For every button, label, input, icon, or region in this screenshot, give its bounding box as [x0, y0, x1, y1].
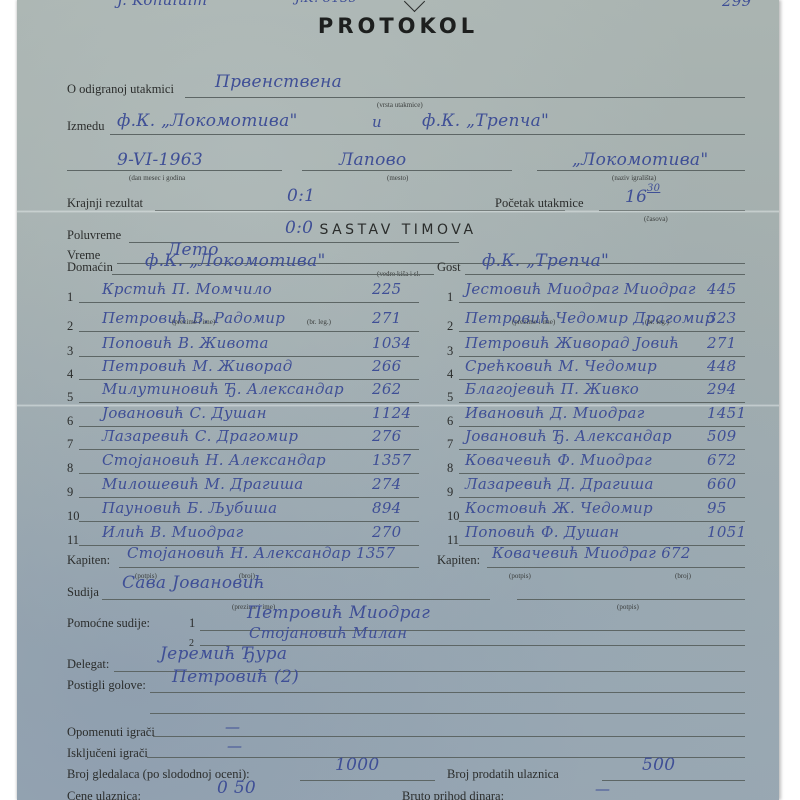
player-line	[459, 302, 745, 303]
player-registration-number: 271	[707, 334, 737, 352]
away-captain-signature-hint: (potpis)	[509, 572, 531, 580]
player-registration-number: 266	[372, 357, 402, 375]
player-registration-number: 1034	[372, 334, 411, 352]
player-line	[459, 497, 745, 498]
tickets-label: Broj prodatih ulaznica	[447, 767, 559, 782]
player-name: Поповић В. Живота	[102, 334, 269, 352]
player-line	[459, 473, 745, 474]
match-report-sheet: J. Konuiuim J.K. 8135 299 PROTOKOL O odi…	[17, 0, 779, 800]
player-line	[459, 331, 745, 332]
player-number: 5	[447, 390, 453, 405]
player-name: Петровић М. Живорад	[102, 357, 293, 375]
player-number: 3	[447, 344, 453, 359]
player-name: Благојевић П. Живко	[465, 380, 639, 398]
top-note-right: 299	[722, 0, 752, 10]
stamp-icon	[404, 0, 425, 12]
player-line	[79, 497, 419, 498]
home-reg-hint: (br. leg.)	[307, 318, 331, 326]
home-name-hint: (prezime i ime)	[172, 318, 215, 326]
player-registration-number: 274	[372, 475, 402, 493]
place-line	[302, 170, 512, 171]
player-number: 4	[67, 367, 73, 382]
player-name: Милутиновић Ђ. Александар	[102, 380, 344, 398]
player-line	[459, 402, 745, 403]
player-number: 7	[447, 437, 453, 452]
match-type-hint: (vrsta utakmice)	[377, 101, 423, 109]
goals-line	[150, 692, 745, 693]
place-value: Лапово	[339, 150, 406, 170]
ground-value: „Локомотива"	[572, 150, 708, 170]
kickoff-minutes: 30	[647, 183, 660, 194]
player-line	[79, 473, 419, 474]
player-name: Петровић Чедомир Драгомир	[465, 309, 715, 327]
final-score-value: 0:1	[287, 186, 315, 206]
home-team-name: ф.К. „Локомотива"	[145, 251, 326, 271]
goals-value: Петровић (2)	[172, 667, 299, 687]
player-line	[79, 402, 419, 403]
sent-off-value: —	[227, 737, 242, 755]
warned-label: Opomenuti igrači	[67, 725, 155, 740]
player-name: Пауновић Б. Љубиша	[102, 499, 277, 517]
player-number: 10	[447, 509, 460, 524]
date-line	[67, 170, 282, 171]
player-number: 6	[447, 414, 453, 429]
player-registration-number: 894	[372, 499, 402, 517]
referee-signature-hint: (potpis)	[617, 603, 639, 611]
player-line	[79, 302, 419, 303]
player-line	[79, 331, 419, 332]
player-name: Јовановић Ђ. Александар	[465, 427, 672, 445]
prices-value: 0 50	[217, 778, 256, 798]
player-registration-number: 672	[707, 451, 737, 469]
home-captain-label: Kapiten:	[67, 553, 110, 568]
player-name: Јестовић Миодраг Миодраг	[465, 280, 696, 298]
player-registration-number: 294	[707, 380, 737, 398]
player-name: Стојановић Н. Александар	[102, 451, 326, 469]
match-type-label: O odigranoj utakmici	[67, 82, 174, 97]
and-value: и	[372, 113, 382, 131]
player-line	[79, 521, 419, 522]
warned-value: —	[225, 718, 240, 736]
player-number: 9	[67, 485, 73, 500]
player-registration-number: 276	[372, 427, 402, 445]
goals-line-2	[150, 713, 745, 714]
home-captain-value: Стојановић Н. Александар 1357	[127, 544, 395, 562]
date-hint: (dan mesec i godina	[129, 174, 185, 182]
away-label: Gost	[437, 260, 461, 275]
player-number: 7	[67, 437, 73, 452]
player-number: 8	[67, 461, 73, 476]
tickets-line	[602, 780, 745, 781]
prices-label: Cene ulaznica:	[67, 789, 141, 800]
player-number: 1	[67, 290, 73, 305]
referee-value: Сава Јовановић	[122, 573, 265, 593]
player-registration-number: 448	[707, 357, 737, 375]
kickoff-hour: 16	[625, 187, 647, 207]
home-label: Domaćin	[67, 260, 113, 275]
place-hint: (mesto)	[387, 174, 408, 182]
player-name: Поповић Ф. Душан	[465, 523, 619, 541]
player-number: 10	[67, 509, 80, 524]
home-team-line	[112, 274, 434, 275]
player-number: 3	[67, 344, 73, 359]
player-registration-number: 323	[707, 309, 737, 327]
away-name-hint: (prezime i ime)	[512, 318, 555, 326]
player-name: Лазаревић Д. Драгиша	[465, 475, 654, 493]
assistant-1-value: Петровић Миодраг	[247, 603, 430, 623]
player-number: 2	[67, 319, 73, 334]
player-line	[459, 521, 745, 522]
tickets-value: 500	[642, 755, 675, 775]
assistants-label: Pomoćne sudije:	[67, 616, 150, 631]
gross-value: —	[595, 780, 610, 798]
player-registration-number: 262	[372, 380, 402, 398]
referee-signature-line	[517, 599, 745, 600]
between-line	[110, 134, 745, 135]
player-number: 9	[447, 485, 453, 500]
away-captain-number-hint: (broj)	[675, 572, 691, 580]
player-name: Петровић Живорад Јовић	[465, 334, 679, 352]
ground-hint: (naziv igrališta)	[612, 174, 656, 182]
away-captain-label: Kapiten:	[437, 553, 480, 568]
player-registration-number: 445	[707, 280, 737, 298]
away-team-line	[465, 274, 745, 275]
player-name: Крстић П. Момчило	[102, 280, 272, 298]
player-number: 5	[67, 390, 73, 405]
spectators-value: 1000	[335, 755, 379, 775]
gross-label: Bruto prihod dinara:	[402, 789, 504, 800]
paper-fold-middle	[17, 404, 779, 407]
player-number: 8	[447, 461, 453, 476]
player-registration-number: 660	[707, 475, 737, 493]
delegate-value: Јеремић Ђура	[160, 644, 287, 664]
match-type-line	[185, 97, 745, 98]
between-label: Izmedu	[67, 119, 104, 134]
player-line	[459, 449, 745, 450]
section-title: SASTAV TIMOVA	[17, 222, 779, 238]
away-captain-line	[487, 567, 745, 568]
assistant-1-number: 1	[189, 616, 195, 631]
sent-off-label: Isključeni igrači	[67, 746, 148, 761]
ground-line	[537, 170, 745, 171]
home-captain-line	[119, 567, 419, 568]
player-number: 1	[447, 290, 453, 305]
referee-line	[102, 599, 490, 600]
delegate-label: Delegat:	[67, 657, 109, 672]
top-note-left: J. Konuiuim	[117, 0, 207, 9]
player-name: Ковачевић Ф. Миодраг	[465, 451, 652, 469]
goals-label: Postigli golove:	[67, 678, 146, 693]
away-team-name: ф.К. „Трепча"	[482, 251, 609, 271]
player-number: 11	[67, 533, 79, 548]
player-line	[79, 449, 419, 450]
player-registration-number: 95	[707, 499, 727, 517]
player-registration-number: 225	[372, 280, 402, 298]
date-value: 9-VI-1963	[117, 150, 203, 170]
player-name: Костовић Ж. Чедомир	[465, 499, 653, 517]
player-name: Милошевић М. Драгиша	[102, 475, 304, 493]
player-registration-number: 1357	[372, 451, 411, 469]
player-registration-number: 270	[372, 523, 402, 541]
player-registration-number: 1051	[707, 523, 746, 541]
player-registration-number: 271	[372, 309, 402, 327]
home-team-value: ф.К. „Локомотива"	[117, 111, 298, 131]
assistant-2-value: Стојановић Милан	[249, 624, 407, 642]
spectators-line	[300, 780, 435, 781]
kickoff-label: Početak utakmice	[495, 196, 584, 211]
paper-fold	[17, 210, 779, 213]
player-number: 11	[447, 533, 459, 548]
player-name: Лазаревић С. Драгомир	[102, 427, 298, 445]
player-number: 6	[67, 414, 73, 429]
final-score-label: Krajnji rezultat	[67, 196, 143, 211]
away-captain-value: Ковачевић Миодраг 672	[492, 544, 691, 562]
away-reg-hint: (br. leg.)	[645, 318, 669, 326]
away-team-value: ф.К. „Трепча"	[422, 111, 549, 131]
player-name: Илић В. Миодраг	[102, 523, 243, 541]
player-number: 2	[447, 319, 453, 334]
referee-label: Sudija	[67, 585, 99, 600]
document-title: PROTOKOL	[17, 14, 779, 38]
top-note-center: J.K. 8135	[295, 0, 357, 6]
player-registration-number: 509	[707, 427, 737, 445]
player-name: Срећковић М. Чедомир	[465, 357, 657, 375]
player-number: 4	[447, 367, 453, 382]
match-type-value: Првенствена	[215, 72, 342, 92]
